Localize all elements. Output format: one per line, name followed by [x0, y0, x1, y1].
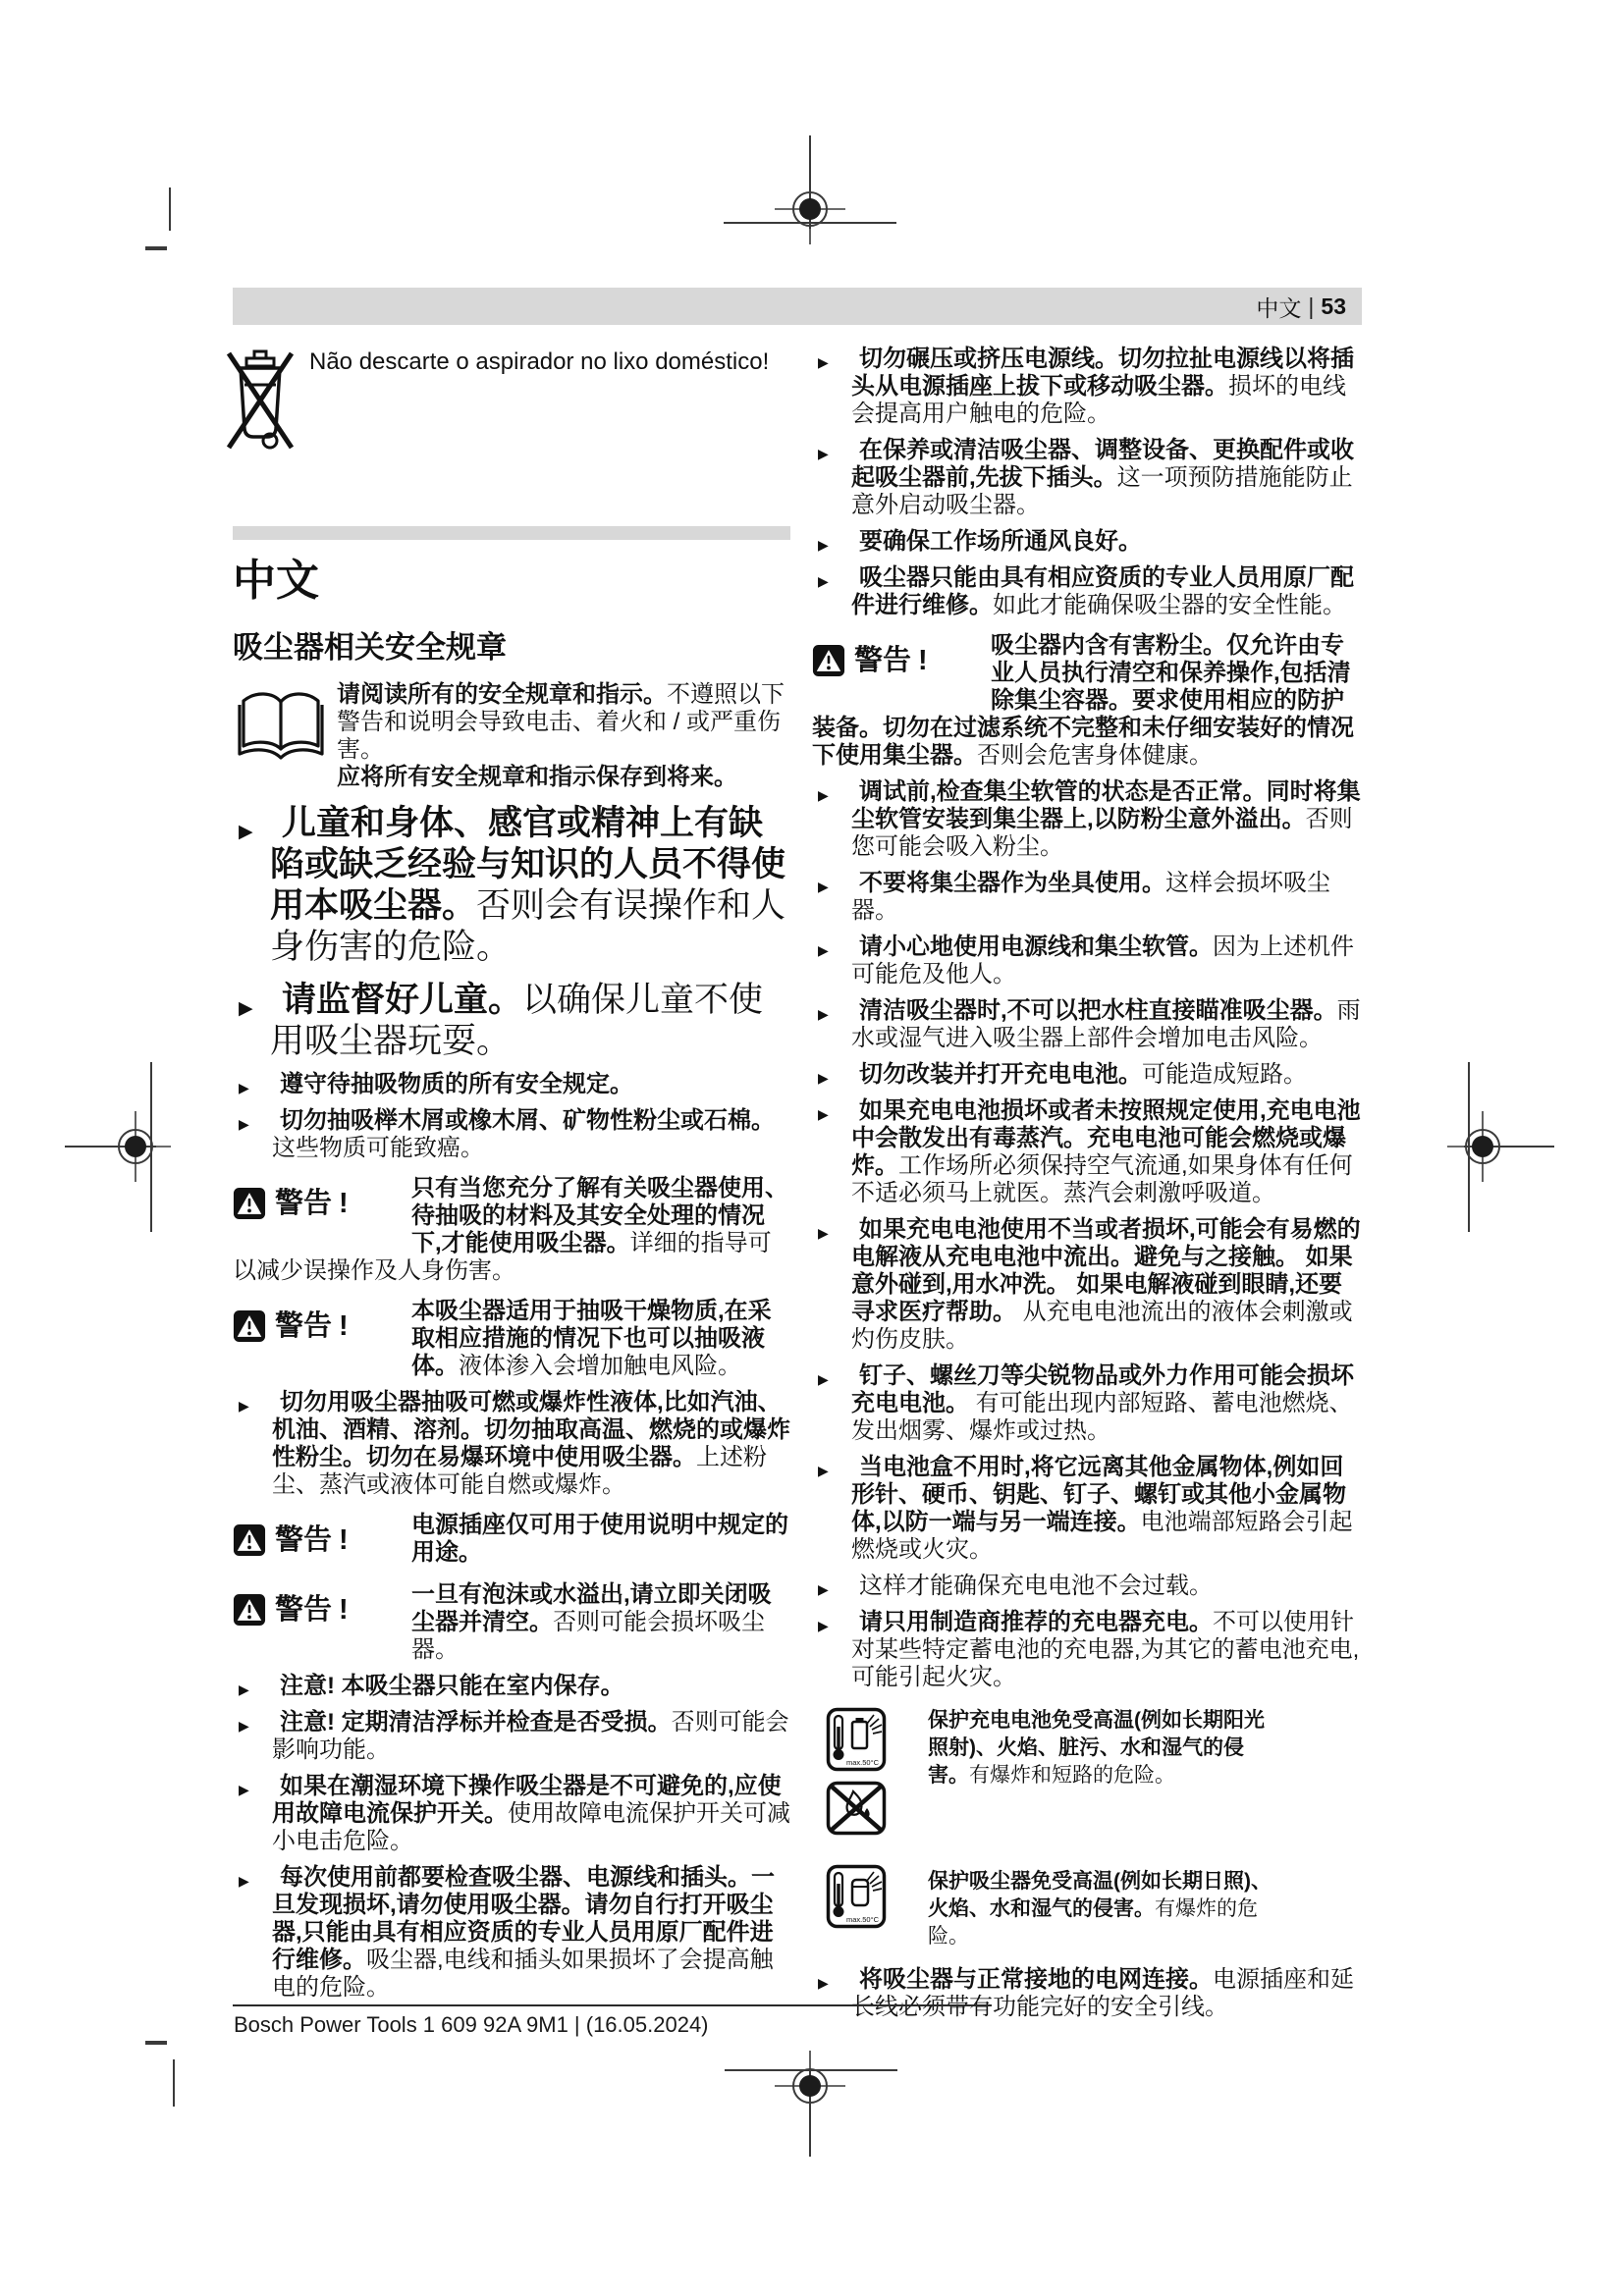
disposal-note-block: Não descarte o aspirador no lixo domésti… — [233, 342, 790, 457]
registration-mark-icon — [98, 1109, 173, 1184]
warning-triangle-icon — [233, 1309, 266, 1343]
warning-triangle-icon — [233, 1187, 266, 1220]
safety-bullet: ▶ 切勿用吸尘器抽吸可燃或爆炸性液体,比如汽油、机油、酒精、溶剂。切勿抽取高温、… — [233, 1389, 790, 1499]
warning-item: 警告 ! 本吸尘器适用于抽吸干燥物质,在采取相应措施的情况下也可以抽吸液体。液体… — [233, 1298, 790, 1380]
bullet-lead-text: 将吸尘器与正常接地的电网连接。 — [859, 1966, 1213, 1993]
warning-word: 警告 — [275, 1596, 332, 1624]
bullet-triangle-icon: ▶ — [818, 1219, 829, 1247]
warning-exclamation: ! — [339, 1312, 349, 1340]
left-column: Não descarte o aspirador no lixo domésti… — [233, 342, 790, 2002]
vacuum-heat-icon: max.50°C — [826, 1864, 887, 1929]
safety-bullet: ▶ 切勿碾压或挤压电源线。切勿拉扯电源线以将插头从电源插座上拔下或移动吸尘器。损… — [812, 346, 1362, 428]
bullet-triangle-icon: ▶ — [818, 1612, 829, 1639]
safety-bullet: ▶ 将吸尘器与正常接地的电网连接。电源插座和延长线必须带有功能完好的安全引线。 — [812, 1966, 1362, 2021]
section-divider-bar — [233, 526, 790, 540]
bullet-triangle-icon: ▶ — [239, 1676, 249, 1703]
footer-text: Bosch Power Tools 1 609 92A 9M1 | (16.05… — [234, 2012, 709, 2038]
safety-bullet: ▶ 钉子、螺丝刀等尖锐物品或外力作用可能会损坏充电电池。 有可能出现内部短路、蓄… — [812, 1362, 1362, 1445]
bullet-triangle-icon: ▶ — [818, 531, 829, 559]
safety-bullet: ▶ 要确保工作场所通风良好。 — [812, 528, 1362, 556]
bullet-lead-text: 切勿抽吸榉木屑或橡木屑、矿物性粉尘或石棉。 — [280, 1107, 775, 1134]
right-column: ▶ 切勿碾压或挤压电源线。切勿拉扯电源线以将插头从电源插座上拔下或移动吸尘器。损… — [812, 346, 1362, 2021]
bullet-detail-text: 这样才能确保充电电池不会过载。 — [859, 1573, 1213, 1599]
safety-bullet: ▶ 请小心地使用电源线和集尘软管。因为上述机件可能危及他人。 — [812, 934, 1362, 988]
bullet-triangle-icon: ▶ — [239, 1867, 249, 1895]
warning-detail-text: 液体渗入会增加触电风险。 — [459, 1353, 741, 1379]
read-instructions-block: 请阅读所有的安全规章和指示。不遵照以下警告和说明会导致电击、着火和 / 或严重伤… — [233, 681, 790, 791]
language-heading: 中文 — [233, 556, 790, 607]
section-heading: 吸尘器相关安全规章 — [233, 628, 790, 667]
battery-protection-text: 保护充电电池免受高温(例如长期阳光照射)、火焰、脏污、水和湿气的侵害。有爆炸和短… — [928, 1707, 1273, 1789]
bullet-lead-text: 请监督好儿童。 — [282, 981, 522, 1019]
manual-page: 中文 | 53 Não descarte o aspirador no lixo… — [0, 0, 1624, 2296]
note-detail-text: 有爆炸和短路的危险。 — [969, 1764, 1175, 1787]
warning-label: 警告 ! — [233, 1581, 411, 1638]
bullet-detail-text: 这些物质可能致癌。 — [272, 1135, 484, 1161]
keep-instructions-text: 应将所有安全规章和指示保存到将来。 — [337, 764, 790, 791]
warning-exclamation: ! — [339, 1596, 349, 1624]
safety-bullet-large: ▶ 请监督好儿童。以确保儿童不使用吸尘器玩耍。 — [233, 980, 790, 1062]
footer-rule — [233, 2004, 992, 2006]
safety-bullet: ▶ 切勿改装并打开充电电池。可能造成短路。 — [812, 1061, 1362, 1089]
safety-bullet: ▶ 请只用制造商推荐的充电器充电。不可以使用针对某些特定蓄电池的充电器,为其它的… — [812, 1609, 1362, 1691]
bullet-triangle-icon: ▶ — [818, 440, 829, 467]
page-header: 中文 | 53 — [233, 288, 1362, 325]
crop-mark — [173, 2059, 175, 2107]
battery-heat-icon: max.50°C — [826, 1707, 887, 1772]
bullet-triangle-icon: ▶ — [818, 1575, 829, 1603]
battery-protection-note: max.50°C 保护充电电池免受高温(例如长期阳光照射)、火焰、脏污、水和湿气… — [812, 1707, 1362, 1844]
pictogram-stack: max.50°C — [826, 1864, 887, 1929]
bullet-detail-text: 工作场所必须保持空气流通,如果身体有任何不适必须马上就医。蒸汽会刺激呼吸道。 — [851, 1152, 1353, 1206]
warning-word: 警告 — [275, 1526, 332, 1554]
bullet-lead-text: 注意! 本吸尘器只能在室内保存。 — [280, 1673, 624, 1699]
warning-triangle-icon — [233, 1593, 266, 1627]
disposal-note-text: Não descarte o aspirador no lixo domésti… — [309, 342, 781, 377]
warning-triangle-icon — [233, 1523, 266, 1557]
warning-word: 警告 — [854, 647, 911, 674]
bullet-triangle-icon: ▶ — [818, 936, 829, 964]
safety-bullet: ▶ 每次使用前都要检查吸尘器、电源线和插头。一旦发现损坏,请勿使用吸尘器。请勿自… — [233, 1864, 790, 2002]
registration-mark-icon — [773, 2049, 847, 2123]
safety-bullet: ▶ 切勿抽吸榉木屑或橡木屑、矿物性粉尘或石棉。这些物质可能致癌。 — [233, 1107, 790, 1162]
crop-mark — [169, 187, 171, 231]
safety-bullet: ▶ 吸尘器只能由具有相应资质的专业人员用原厂配件进行维修。如此才能确保吸尘器的安… — [812, 564, 1362, 619]
read-instructions-text: 请阅读所有的安全规章和指示。不遵照以下警告和说明会导致电击、着火和 / 或严重伤… — [337, 681, 790, 764]
safety-bullet: ▶ 清洁吸尘器时,不可以把水柱直接瞄准吸尘器。雨水或湿气进入吸尘器上部件会增加电… — [812, 997, 1362, 1052]
warning-item: 警告 ! 吸尘器内含有害粉尘。仅允许由专业人员执行清空和保养操作,包括清除集尘容… — [812, 632, 1362, 770]
bullet-lead-text: 请只用制造商推荐的充电器充电。 — [859, 1609, 1213, 1635]
bullet-lead-text: 调试前,检查集尘软管的状态是否正常。同时将集尘软管安装到集尘器上,以防粉尘意外溢… — [851, 778, 1361, 832]
bullet-lead-text: 不要将集尘器作为坐具使用。 — [859, 870, 1165, 896]
bullet-lead-text: 切勿改装并打开充电电池。 — [859, 1061, 1142, 1088]
safety-bullet: ▶ 注意! 定期清洁浮标并检查是否受损。否则可能会影响功能。 — [233, 1709, 790, 1764]
header-language: 中文 — [1256, 291, 1301, 323]
header-separator: | — [1308, 294, 1314, 320]
warning-label: 警告 ! — [233, 1175, 411, 1232]
bullet-triangle-icon: ▶ — [818, 1365, 829, 1393]
bullet-lead-text: 清洁吸尘器时,不可以把水柱直接瞄准吸尘器。 — [859, 997, 1337, 1024]
max-temp-label: max.50°C — [846, 1915, 880, 1924]
safety-bullet: ▶ 这样才能确保充电电池不会过载。 — [812, 1573, 1362, 1600]
bullet-detail-text: 可能造成短路。 — [1142, 1061, 1307, 1088]
safety-bullet: ▶ 当电池盒不用时,将它远离其他金属物体,例如回形针、硬币、钥匙、钉子、螺钉或其… — [812, 1454, 1362, 1564]
bullet-triangle-icon: ▶ — [818, 1100, 829, 1128]
bullet-triangle-icon: ▶ — [239, 1712, 249, 1739]
registration-mark-icon — [1445, 1109, 1520, 1184]
bullet-triangle-icon: ▶ — [818, 1457, 829, 1484]
bullet-triangle-icon: ▶ — [239, 1392, 249, 1419]
no-fire-icon — [826, 1781, 887, 1836]
warning-word: 警告 — [275, 1312, 332, 1340]
bullet-lead-text: 要确保工作场所通风良好。 — [859, 528, 1142, 555]
crossed-bin-icon — [225, 346, 296, 455]
safety-bullet: ▶ 如果充电电池使用不当或者损坏,可能会有易燃的电解液从充电电池中流出。避免与之… — [812, 1216, 1362, 1354]
warning-label: 警告 ! — [233, 1298, 411, 1355]
open-book-icon — [235, 683, 327, 774]
bullet-triangle-icon: ▶ — [239, 988, 253, 1030]
warning-item: 警告 ! 电源插座仅可用于使用说明中规定的用途。 — [233, 1512, 790, 1569]
bullet-triangle-icon: ▶ — [818, 781, 829, 809]
bullet-triangle-icon: ▶ — [239, 1776, 249, 1803]
safety-bullet: ▶ 调试前,检查集尘软管的状态是否正常。同时将集尘软管安装到集尘器上,以防粉尘意… — [812, 778, 1362, 861]
bullet-triangle-icon: ▶ — [818, 1969, 829, 1997]
pictogram-stack: max.50°C — [826, 1707, 887, 1836]
vacuum-protection-text: 保护吸尘器免受高温(例如长期日照)、火焰、水和湿气的侵害。有爆炸的危险。 — [928, 1868, 1273, 1950]
bullet-triangle-icon: ▶ — [818, 1064, 829, 1092]
bullet-lead-text: 请小心地使用电源线和集尘软管。 — [859, 934, 1213, 960]
max-temp-label: max.50°C — [846, 1758, 880, 1767]
bullet-triangle-icon: ▶ — [239, 812, 253, 853]
warning-detail-text: 否则会危害身体健康。 — [977, 742, 1213, 769]
read-bold: 请阅读所有的安全规章和指示。 — [337, 681, 667, 708]
bullet-triangle-icon: ▶ — [239, 1110, 249, 1138]
bullet-triangle-icon: ▶ — [818, 1000, 829, 1028]
bullet-lead-text: 遵守待抽吸物质的所有安全规定。 — [280, 1071, 633, 1097]
safety-bullet: ▶ 注意! 本吸尘器只能在室内保存。 — [233, 1673, 790, 1700]
bullet-triangle-icon: ▶ — [818, 348, 829, 376]
bullet-lead-text: 注意! 定期清洁浮标并检查是否受损。 — [280, 1709, 672, 1735]
registration-mark-icon — [773, 172, 847, 246]
warning-item: 警告 ! 一旦有泡沫或水溢出,请立即关闭吸尘器并清空。否则可能会损坏吸尘器。 — [233, 1581, 790, 1664]
bullet-detail-text: 如此才能确保吸尘器的安全性能。 — [993, 592, 1346, 618]
warning-item: 警告 ! 只有当您充分了解有关吸尘器使用、待抽吸的材料及其安全处理的情况下,才能… — [233, 1175, 790, 1285]
warning-lead-text: 电源插座仅可用于使用说明中规定的用途。 — [411, 1512, 788, 1566]
warning-word: 警告 — [275, 1190, 332, 1217]
safety-bullet: ▶ 不要将集尘器作为坐具使用。这样会损坏吸尘器。 — [812, 870, 1362, 925]
crop-mark — [145, 2041, 167, 2045]
bullet-triangle-icon: ▶ — [818, 567, 829, 595]
crop-mark — [145, 246, 167, 250]
warning-exclamation: ! — [339, 1190, 349, 1217]
safety-bullet: ▶ 如果在潮湿环境下操作吸尘器是不可避免的,应使用故障电流保护开关。使用故障电流… — [233, 1773, 790, 1855]
vacuum-protection-note: max.50°C 保护吸尘器免受高温(例如长期日照)、火焰、水和湿气的侵害。有爆… — [812, 1860, 1362, 1950]
header-page-number: 53 — [1321, 294, 1346, 320]
warning-label: 警告 ! — [812, 632, 991, 689]
warning-exclamation: ! — [339, 1526, 349, 1554]
bullet-triangle-icon: ▶ — [239, 1074, 249, 1101]
safety-bullet: ▶ 遵守待抽吸物质的所有安全规定。 — [233, 1071, 790, 1098]
safety-bullet-large: ▶ 儿童和身体、感官或精神上有缺陷或缺乏经验与知识的人员不得使用本吸尘器。否则会… — [233, 803, 790, 968]
warning-label: 警告 ! — [233, 1512, 411, 1569]
safety-bullet: ▶ 如果充电电池损坏或者未按照规定使用,充电电池中会散发出有毒蒸汽。充电电池可能… — [812, 1097, 1362, 1207]
safety-bullet: ▶ 在保养或清洁吸尘器、调整设备、更换配件或收起吸尘器前,先拔下插头。这一项预防… — [812, 437, 1362, 519]
warning-triangle-icon — [812, 644, 845, 677]
bullet-triangle-icon: ▶ — [818, 873, 829, 900]
warning-exclamation: ! — [918, 647, 928, 674]
